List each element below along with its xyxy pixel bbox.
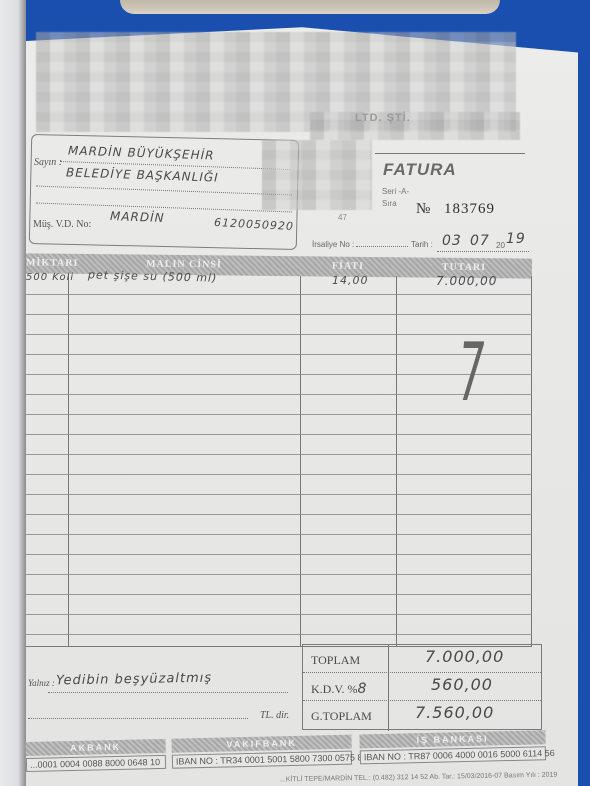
amount-in-words: Yalnız : Yedibin beşyüzaltmış TL. dir. <box>28 656 300 716</box>
row-rule <box>26 474 532 475</box>
kdv-label-text: K.D.V. % <box>311 682 357 696</box>
adjacent-page-edge <box>0 0 26 786</box>
row-rule <box>26 314 532 315</box>
stamp-code: 47 <box>338 213 347 222</box>
bank-iban-akbank: ...0001 0004 0088 8000 0648 10 <box>26 755 166 772</box>
irsaliye-value <box>356 246 408 247</box>
column-divider <box>396 276 397 646</box>
title-rule <box>375 153 525 154</box>
row-1-description: pet şişe su (500 ml) <box>88 268 218 284</box>
dotted-line <box>28 718 248 719</box>
header-qty: MİKTARI <box>26 253 68 273</box>
dotted-line <box>48 692 288 693</box>
bank-iban-vakifbank: IBAN NO : TR34 0001 5001 5800 7300 0575 … <box>172 751 352 769</box>
row-rule <box>26 354 532 355</box>
row-rule <box>26 294 532 295</box>
column-divider <box>68 276 69 646</box>
kdv-rate: 8 <box>357 681 367 697</box>
row-rule <box>26 414 532 415</box>
bank-name-vakifbank: VAKIFBANK <box>171 735 351 753</box>
column-divider <box>300 276 301 646</box>
date-label: Tarih : <box>411 240 433 249</box>
row-rule <box>26 494 532 495</box>
totals-box: TOPLAM 7.000,00 K.D.V. %8 560,00 G.TOPLA… <box>302 644 542 730</box>
row-rule <box>26 514 532 515</box>
date-field: Tarih : <box>411 240 433 249</box>
date-day: 03 <box>442 233 462 249</box>
words-prefix: Yalnız : <box>28 678 55 688</box>
tax-office-value: MARDİN <box>110 209 165 225</box>
company-address-redacted <box>310 112 520 140</box>
date-month: 07 <box>470 233 490 249</box>
sira-label: Sıra <box>382 198 409 210</box>
row-rule <box>26 454 532 455</box>
row-1-price: 14,00 <box>332 274 369 287</box>
bank-name-akbank: AKBANK <box>26 739 166 756</box>
tax-office-label: Müş. V.D. No: <box>33 219 91 230</box>
items-table: MİKTARI MALIN CİNSİ FİATI TUTARI 500 Kol… <box>26 256 532 646</box>
row-rule <box>26 554 532 555</box>
row-rule <box>26 594 532 595</box>
irsaliye-label: İrsaliye No : <box>312 240 354 249</box>
row-rule <box>26 574 532 575</box>
number-sign: № <box>416 201 430 218</box>
row-1-qty: 500 Koli <box>26 272 74 283</box>
table-body: 500 Koli pet şişe su (500 ml) 14,00 7.00… <box>26 276 532 646</box>
kdv-row: K.D.V. %8 560,00 <box>303 673 541 701</box>
row-rule <box>26 634 532 635</box>
toplam-label: TOPLAM <box>311 653 360 668</box>
date-underline <box>437 251 529 252</box>
row-rule <box>26 534 532 535</box>
row-rule <box>26 374 532 375</box>
seri-label: Seri -A- <box>382 186 409 198</box>
bank-iban-isbank: IBAN NO : TR87 0006 4000 0016 5000 6114 … <box>360 746 546 764</box>
toplam-value: 7.000,00 <box>425 647 504 666</box>
words-text: Yedibin beşyüzaltmış <box>56 671 212 689</box>
invoice-title: FATURA <box>383 160 457 180</box>
date-year-suffix: 19 <box>506 231 526 247</box>
gtoplam-label: G.TOPLAM <box>311 709 372 724</box>
kdv-value: 560,00 <box>431 675 493 694</box>
words-suffix: TL. dir. <box>260 710 289 721</box>
irsaliye-field: İrsaliye No : <box>312 240 408 249</box>
row-rule <box>26 614 532 615</box>
toplam-row: TOPLAM 7.000,00 <box>303 645 541 673</box>
sayin-label: Sayın : <box>34 157 62 168</box>
seri-sira-label: Seri -A- Sıra <box>382 186 409 210</box>
margin-mark: 7 <box>459 326 485 419</box>
background-surface <box>120 0 500 14</box>
gtoplam-value: 7.560,00 <box>415 703 494 722</box>
bank-name-isbank: İŞ BANKASI <box>359 730 545 748</box>
kdv-label: K.D.V. %8 <box>311 681 367 697</box>
company-suffix: LTD. ŞTİ. <box>355 112 411 124</box>
row-rule <box>26 434 532 435</box>
stamp-redacted <box>262 140 372 210</box>
gtoplam-row: G.TOPLAM 7.560,00 <box>303 701 541 729</box>
column-divider <box>531 276 532 646</box>
row-1-total: 7.000,00 <box>436 274 497 288</box>
row-rule <box>26 334 532 335</box>
row-rule <box>26 394 532 395</box>
date-year-prefix: 20 <box>496 241 505 250</box>
invoice-number: 183769 <box>444 201 495 218</box>
